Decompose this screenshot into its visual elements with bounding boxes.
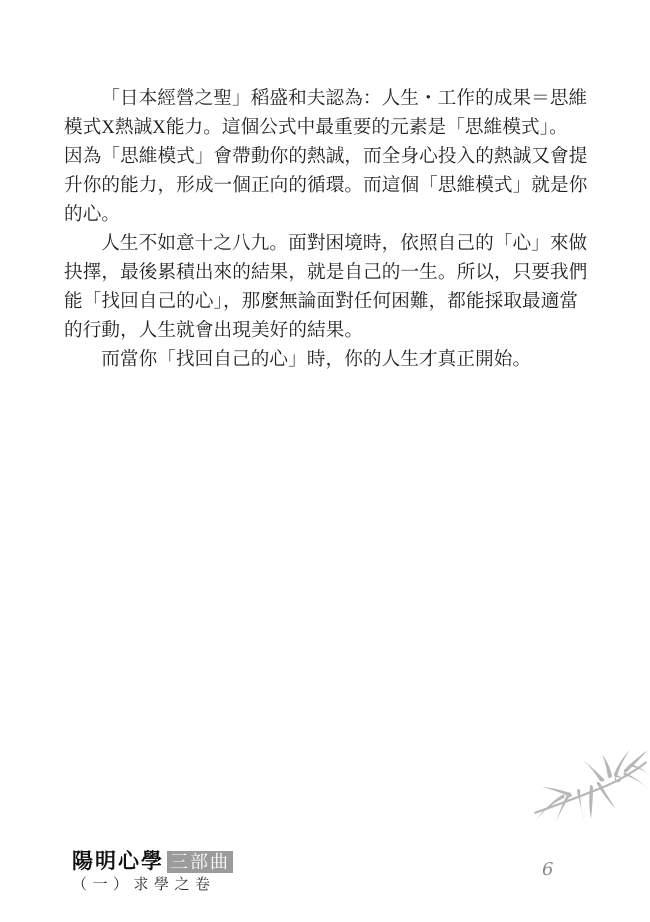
series-title: 陽明心學 [72, 849, 164, 874]
text-line: 因為「思維模式」會帶動你的熱誠，而全身心投入的熱誠又會提 [64, 142, 590, 171]
text-line: 的心。 [64, 200, 590, 229]
text-line: 而當你「找回自己的心」時，你的人生才真正開始。 [64, 345, 590, 374]
footer: 陽明心學 三部曲 （一）求學之卷 [72, 849, 233, 896]
text-line: 模式X熱誠X能力。這個公式中最重要的元素是「思維模式」。 [64, 113, 590, 142]
volume-title: （一）求學之卷 [72, 875, 233, 896]
book-page: 「日本經營之聖」稻盛和夫認為：人生・工作的成果＝思維模式X熱誠X能力。這個公式中… [0, 0, 650, 922]
text-line: 抉擇，最後累積出來的結果，就是自己的一生。所以，只要我們 [64, 258, 590, 287]
body-text: 「日本經營之聖」稻盛和夫認為：人生・工作的成果＝思維模式X熱誠X能力。這個公式中… [64, 84, 590, 374]
text-line: 的行動，人生就會出現美好的結果。 [64, 316, 590, 345]
text-line: 「日本經營之聖」稻盛和夫認為：人生・工作的成果＝思維 [64, 84, 590, 113]
text-line: 能「找回自己的心」，那麼無論面對任何困難，都能採取最適當 [64, 287, 590, 316]
text-line: 升你的能力，形成一個正向的循環。而這個「思維模式」就是你 [64, 171, 590, 200]
series-badge: 三部曲 [167, 851, 233, 873]
bamboo-branch-illustration [530, 746, 650, 846]
text-line: 人生不如意十之八九。面對困境時，依照自己的「心」來做 [64, 229, 590, 258]
page-number: 6 [542, 859, 553, 880]
footer-series-line: 陽明心學 三部曲 [72, 849, 233, 874]
